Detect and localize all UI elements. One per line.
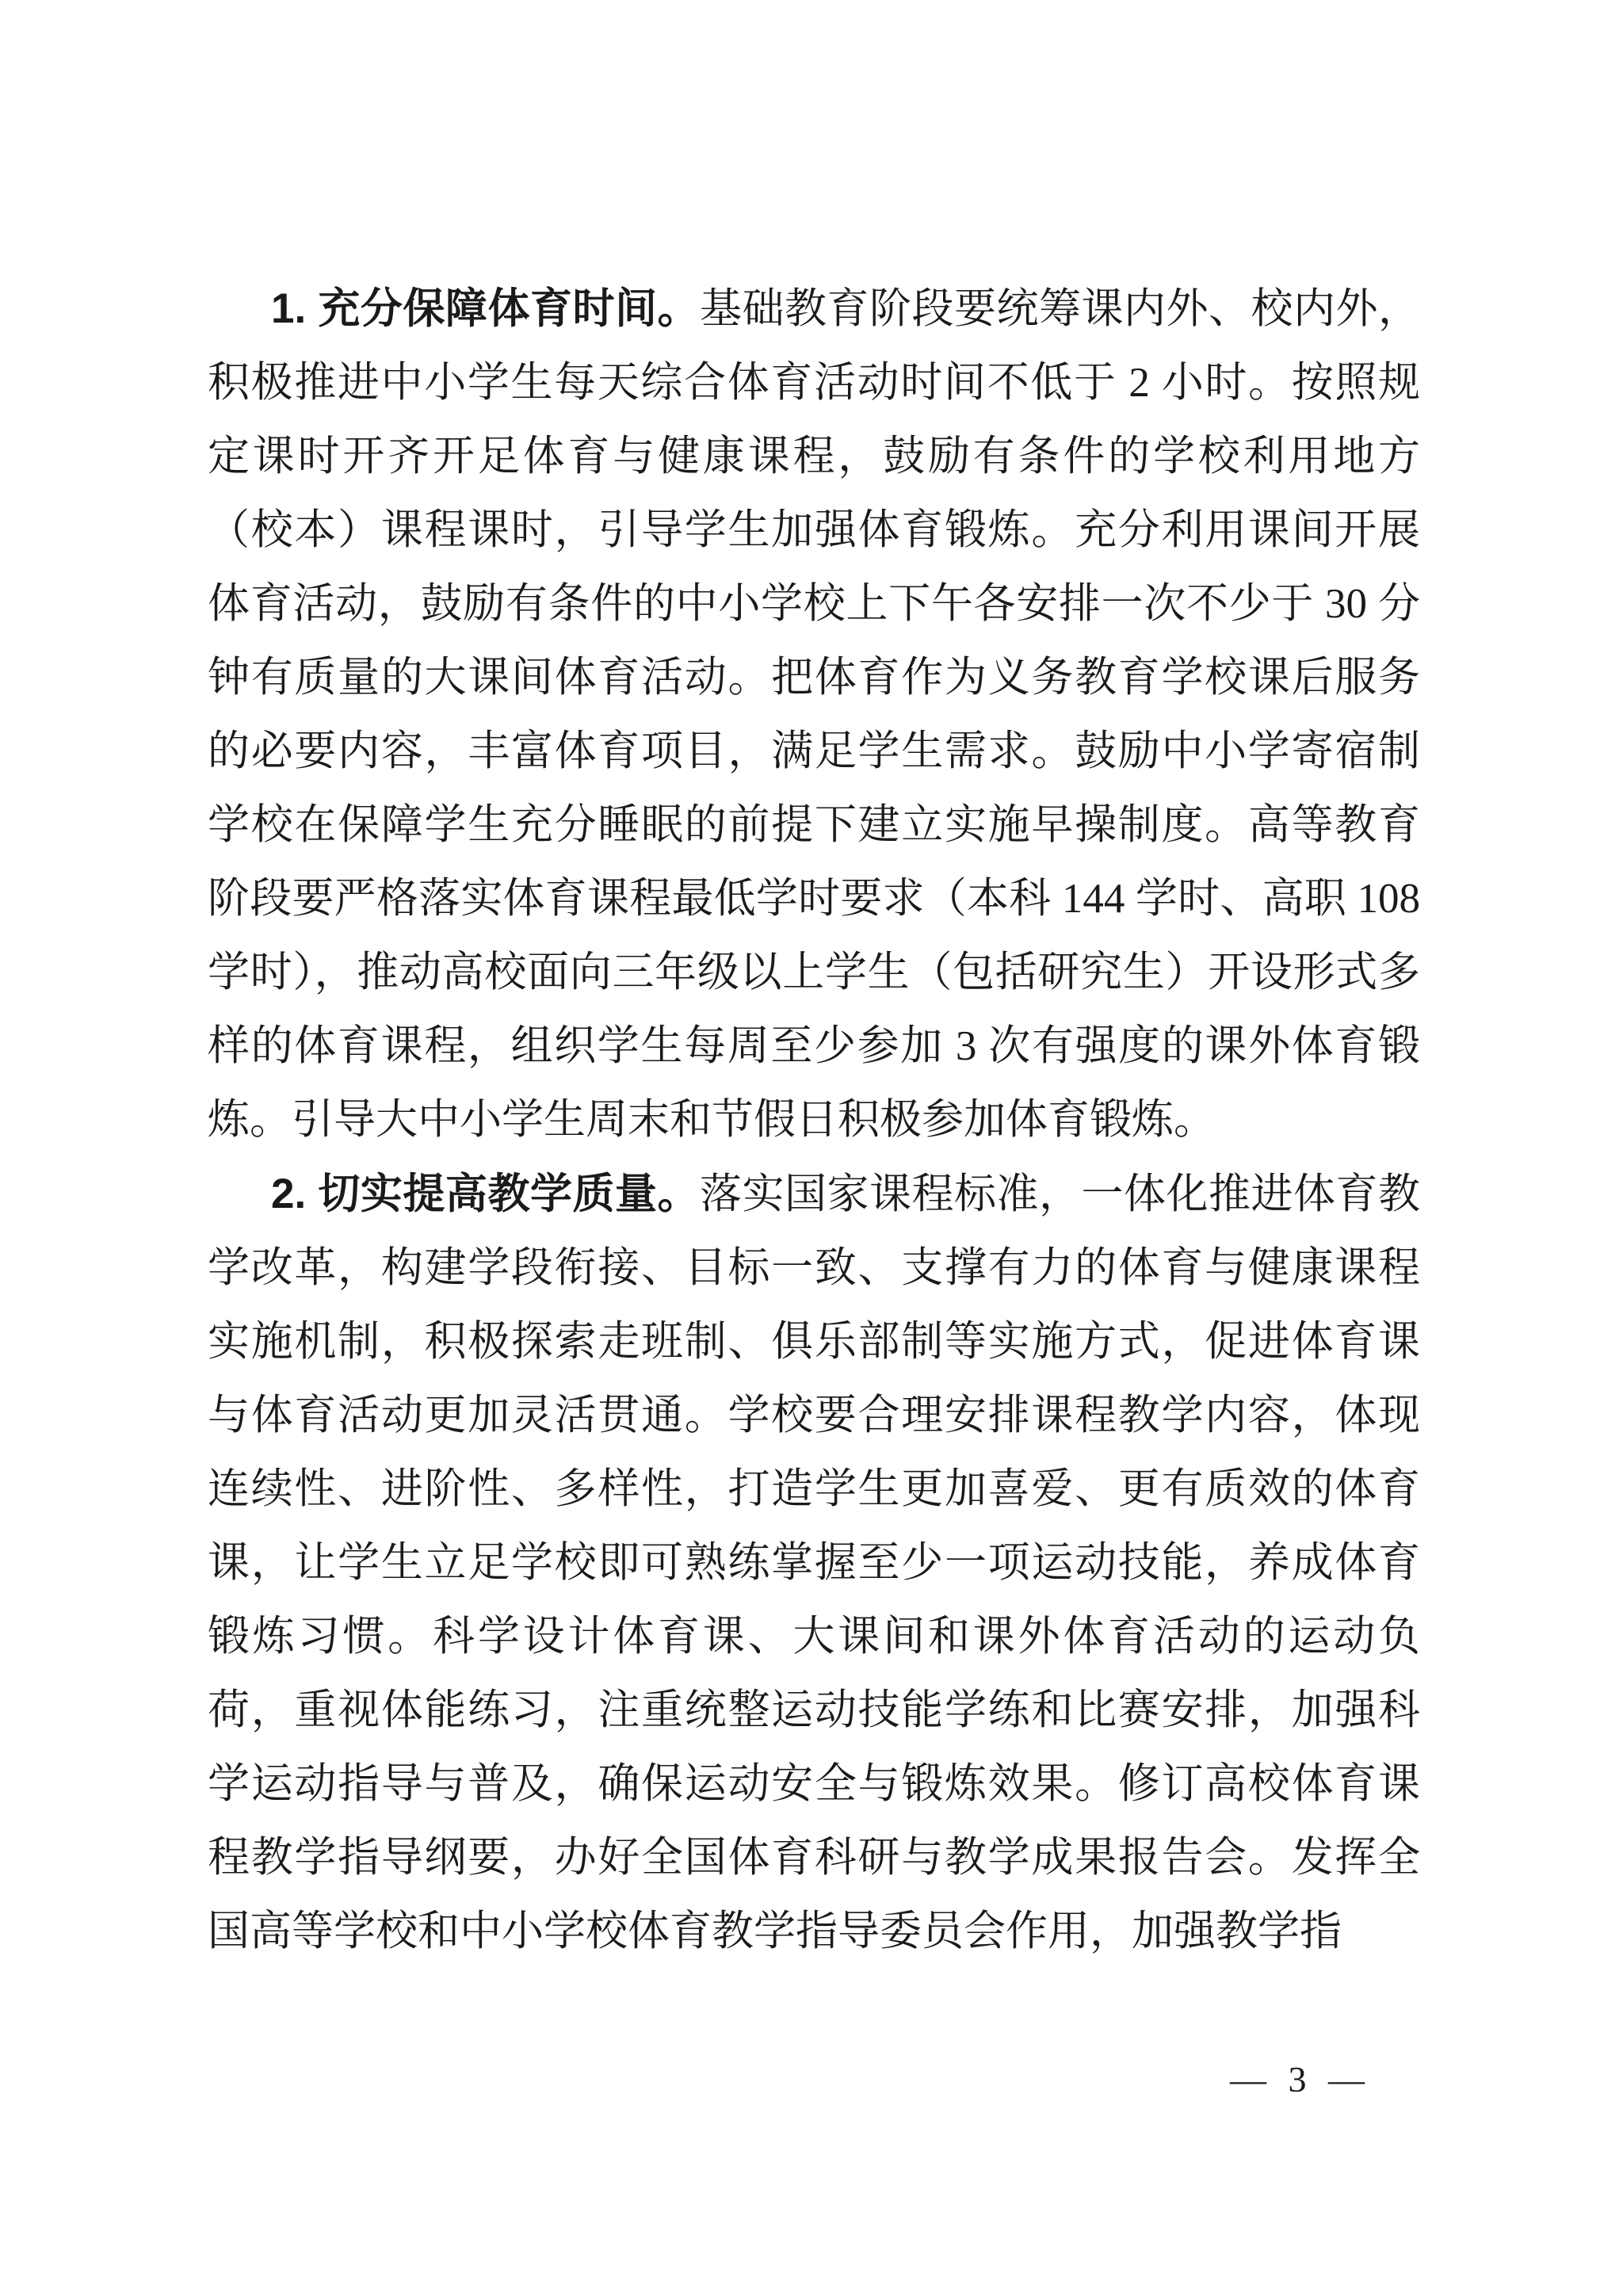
paragraph-1: 1. 充分保障体育时间。基础教育阶段要统筹课内外、校内外，积极推进中小学生每天综… [208, 272, 1420, 1157]
paragraph-2: 2. 切实提高教学质量。落实国家课程标准，一体化推进体育教学改革，构建学段衔接、… [208, 1157, 1420, 1969]
paragraph-2-text: 落实国家课程标准，一体化推进体育教学改革，构建学段衔接、目标一致、支撑有力的体育… [208, 1171, 1420, 1954]
document-page: 1. 充分保障体育时间。基础教育阶段要统筹课内外、校内外，积极推进中小学生每天综… [0, 0, 1623, 2296]
page-number: — 3 — [1230, 2056, 1371, 2103]
paragraph-1-heading: 1. 充分保障体育时间。 [271, 285, 700, 332]
document-body: 1. 充分保障体育时间。基础教育阶段要统筹课内外、校内外，积极推进中小学生每天综… [208, 272, 1420, 1969]
paragraph-1-text: 基础教育阶段要统筹课内外、校内外，积极推进中小学生每天综合体育活动时间不低于 2… [208, 286, 1420, 1143]
paragraph-2-heading: 2. 切实提高教学质量。 [271, 1171, 700, 1217]
